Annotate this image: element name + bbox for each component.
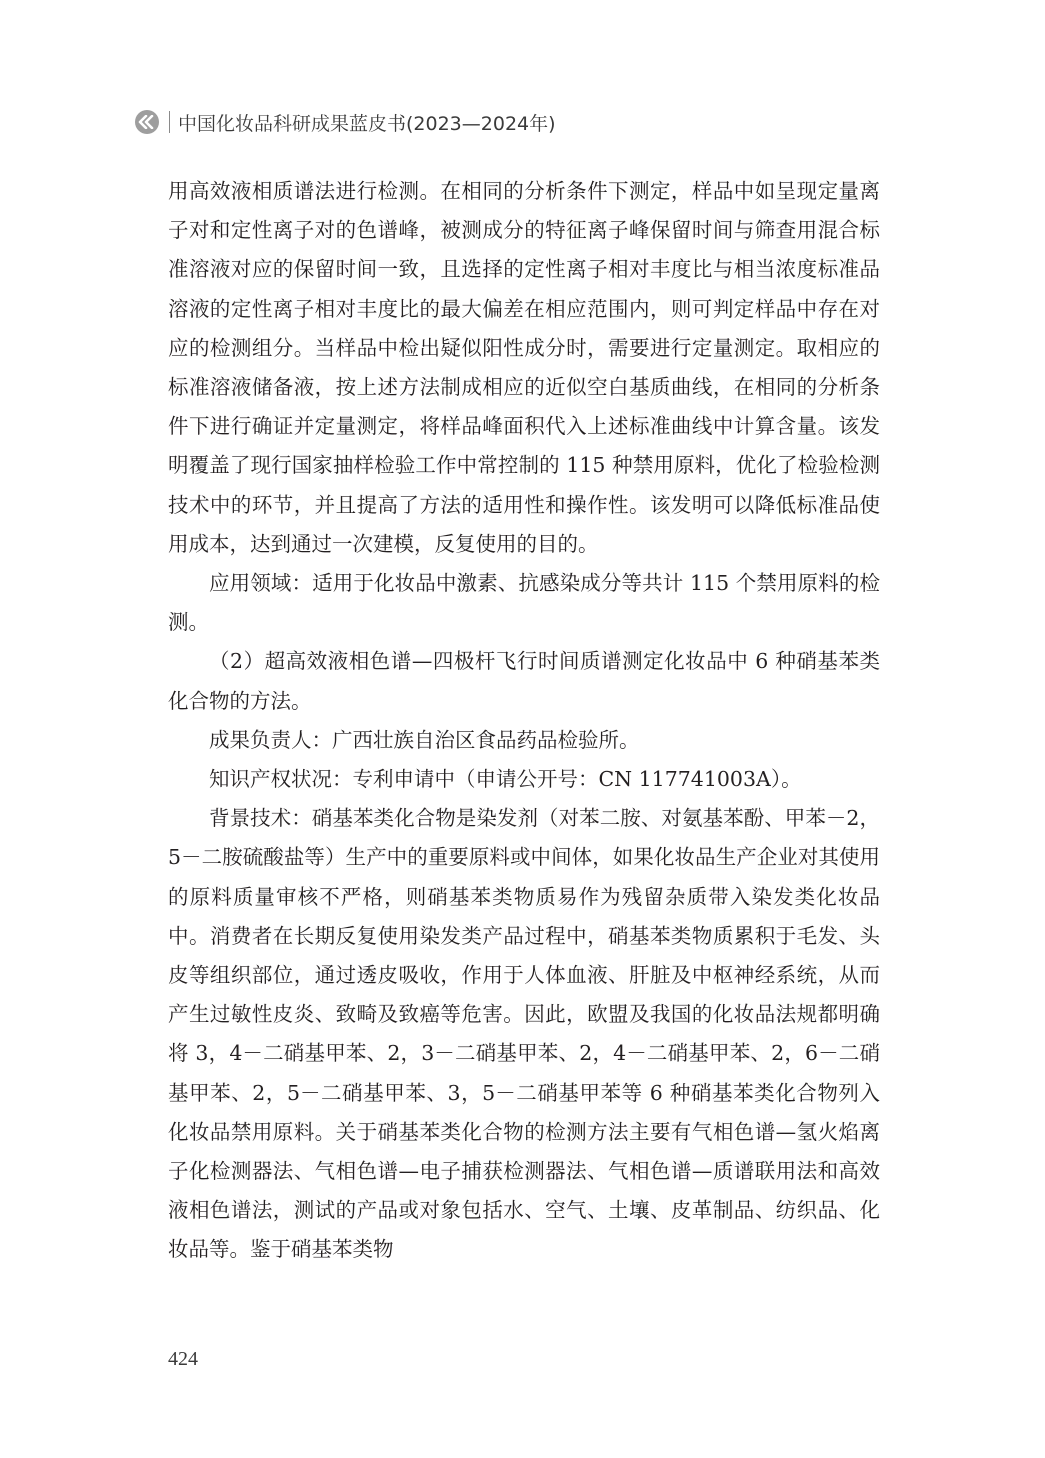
paragraph-responsible-party: 成果负责人：广西壮族自治区食品药品检验所。 xyxy=(168,721,880,760)
paragraph-application-field: 应用领域：适用于化妆品中激素、抗感染成分等共计 115 个禁用原料的检测。 xyxy=(168,564,880,642)
page-number: 424 xyxy=(168,1348,198,1371)
header-divider xyxy=(169,111,170,133)
running-header: 中国化妆品科研成果蓝皮书(2023—2024年) xyxy=(135,108,556,136)
paragraph-continuation: 用高效液相质谱法进行检测。在相同的分析条件下测定，样品中如呈现定量离子对和定性离… xyxy=(168,172,880,564)
paragraph-item-title: （2）超高效液相色谱—四极杆飞行时间质谱测定化妆品中 6 种硝基苯类化合物的方法… xyxy=(168,642,880,720)
body-text: 用高效液相质谱法进行检测。在相同的分析条件下测定，样品中如呈现定量离子对和定性离… xyxy=(168,172,880,1270)
paragraph-background: 背景技术：硝基苯类化合物是染发剂（对苯二胺、对氨基苯酚、甲苯－2，5－二胺硫酸盐… xyxy=(168,799,880,1269)
paragraph-ip-status: 知识产权状况：专利申请中（申请公开号：CN 117741003A）。 xyxy=(168,760,880,799)
double-chevron-left-icon xyxy=(135,110,159,134)
book-title: 中国化妆品科研成果蓝皮书(2023—2024年) xyxy=(178,109,556,136)
